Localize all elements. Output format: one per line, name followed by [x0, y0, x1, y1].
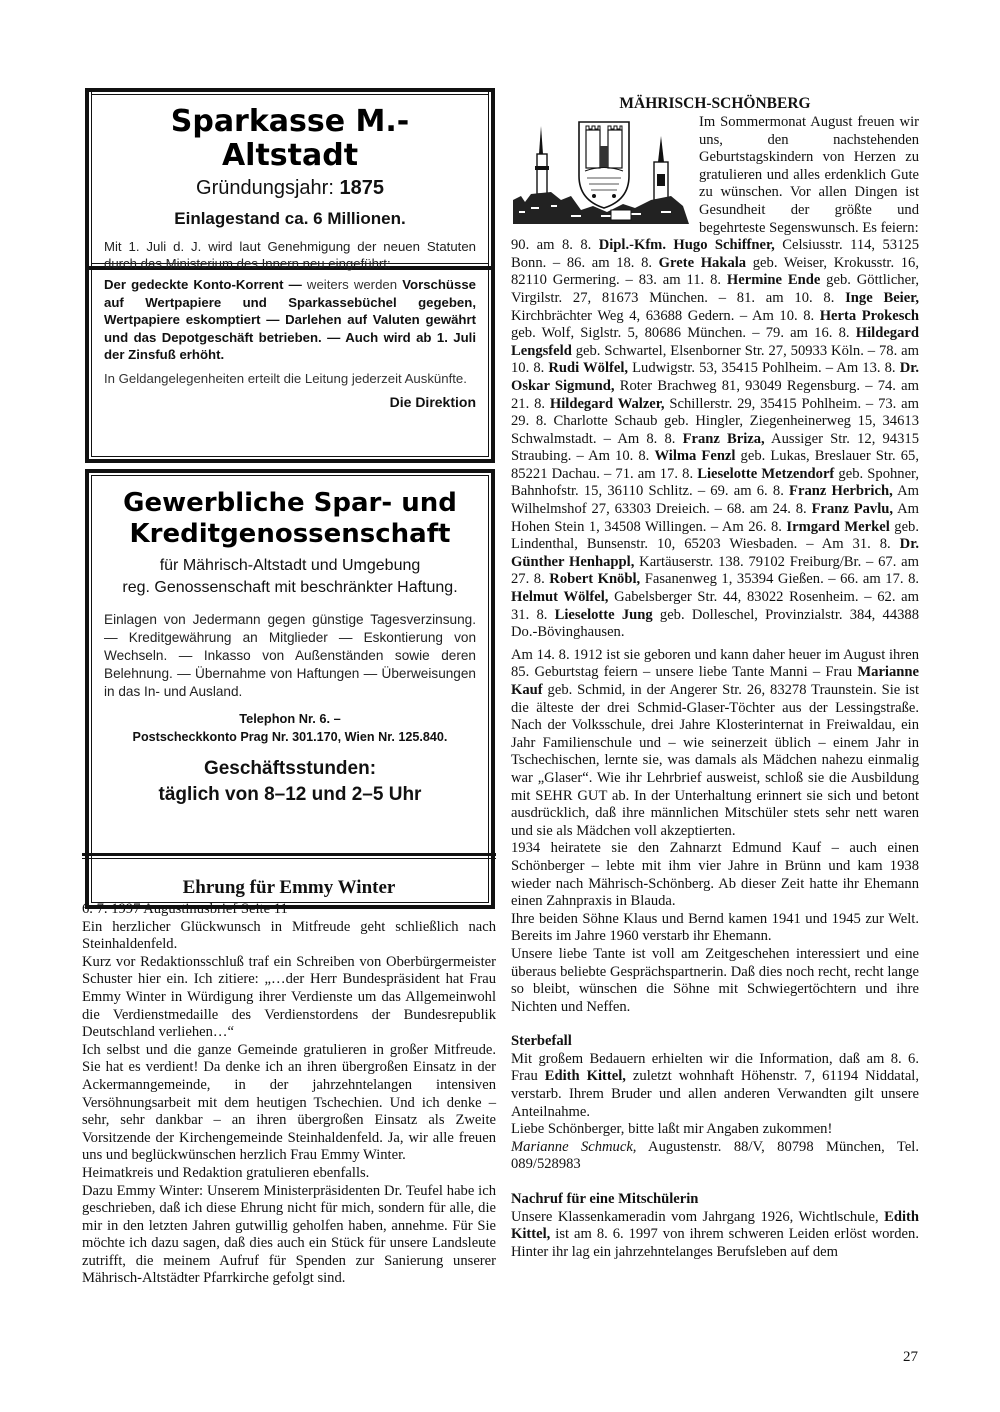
- kauf-paragraph: Unsere liebe Tante ist voll am Zeitgesch…: [511, 946, 919, 1016]
- ad-genossenschaft-phone: Telephon Nr. 6. –: [104, 710, 476, 728]
- right-column: MÄHRISCH-SCHÖNBERG Im S: [511, 94, 919, 1261]
- article-paragraph: Ein herzlicher Glückwunsch in Mitfreude …: [82, 919, 496, 954]
- kauf-paragraph: Ihre beiden Söhne Klaus und Bernd kamen …: [511, 911, 919, 946]
- article-emmy-winter: Ehrung für Emmy Winter 6. 7. 1997 August…: [82, 876, 496, 1288]
- article-paragraph: Ich selbst und die ganze Gemeinde gratul…: [82, 1042, 496, 1165]
- ad-genossenschaft: Gewerbliche Spar- und Kreditgenossenscha…: [85, 469, 495, 909]
- ad-genossenschaft-subtitle-line1: für Mährisch-Altstadt und Umgebung: [104, 555, 476, 577]
- section-title-schoenberg: MÄHRISCH-SCHÖNBERG: [511, 94, 919, 114]
- ad-genossenschaft-postal-account: Postscheckkonto Prag Nr. 301.170, Wien N…: [104, 728, 476, 746]
- article-paragraph: Kurz vor Redaktionsschluß traf ein Schre…: [82, 954, 496, 1042]
- page-number: 27: [903, 1349, 918, 1366]
- ad-sparkasse-signature: Die Direktion: [104, 393, 476, 411]
- article-paragraph: Heimatkreis und Redaktion gratulieren eb…: [82, 1165, 496, 1183]
- section-title-sterbefall: Sterbefall: [511, 1033, 919, 1051]
- ad-sparkasse-frame: Der gedeckte Konto-Korrent — weiters wer…: [85, 88, 495, 463]
- birthday-list: 90. am 8. 8. Dipl.-Kfm. Hugo Schiffner, …: [511, 237, 919, 642]
- ad-genossenschaft-hours-title: Geschäftsstunden:: [104, 756, 476, 782]
- ad-genossenschaft-services: Einlagen von Jedermann gegen günstige Ta…: [104, 611, 476, 701]
- ad-sparkasse-info: In Geldangelegenheiten erteilt die Leitu…: [104, 370, 476, 388]
- ad-genossenschaft-hours: täglich von 8–12 und 2–5 Uhr: [104, 782, 476, 808]
- sterbefall-contact: Marianne Schmuck, Augustenstr. 88/V, 807…: [511, 1139, 919, 1174]
- kauf-paragraph: 1934 heiratete sie den Zahnarzt Edmund K…: [511, 840, 919, 910]
- article-paragraph: Dazu Emmy Winter: Unserem Ministerpräsid…: [82, 1183, 496, 1289]
- section-divider: [82, 853, 496, 859]
- article-source: 6. 7. 1997 Augustinusbrief Seite 11: [82, 901, 496, 919]
- coat-of-arms-illustration: [511, 116, 691, 226]
- ad-sparkasse-services: Der gedeckte Konto-Korrent — weiters wer…: [104, 276, 476, 364]
- ad-genossenschaft-subtitle-line2: reg. Genossenschaft mit beschränkter Haf…: [104, 577, 476, 599]
- article-title: Ehrung für Emmy Winter: [82, 876, 496, 900]
- kauf-paragraph: Am 14. 8. 1912 ist sie geboren und kann …: [511, 647, 919, 841]
- sterbefall-text: Mit großem Bedauern erhielten wir die In…: [511, 1051, 919, 1121]
- sterbefall-appeal: Liebe Schönberger, bitte laßt mir Angabe…: [511, 1121, 919, 1139]
- ad-genossenschaft-title-line1: Gewerbliche Spar- und: [104, 488, 476, 519]
- town-skyline-icon: [511, 116, 691, 226]
- nachruf-text: Unsere Klassenkameradin vom Jahrgang 192…: [511, 1209, 919, 1262]
- section-title-nachruf: Nachruf für eine Mitschülerin: [511, 1191, 919, 1209]
- ad-genossenschaft-title-line2: Kreditgenossenschaft: [104, 519, 476, 550]
